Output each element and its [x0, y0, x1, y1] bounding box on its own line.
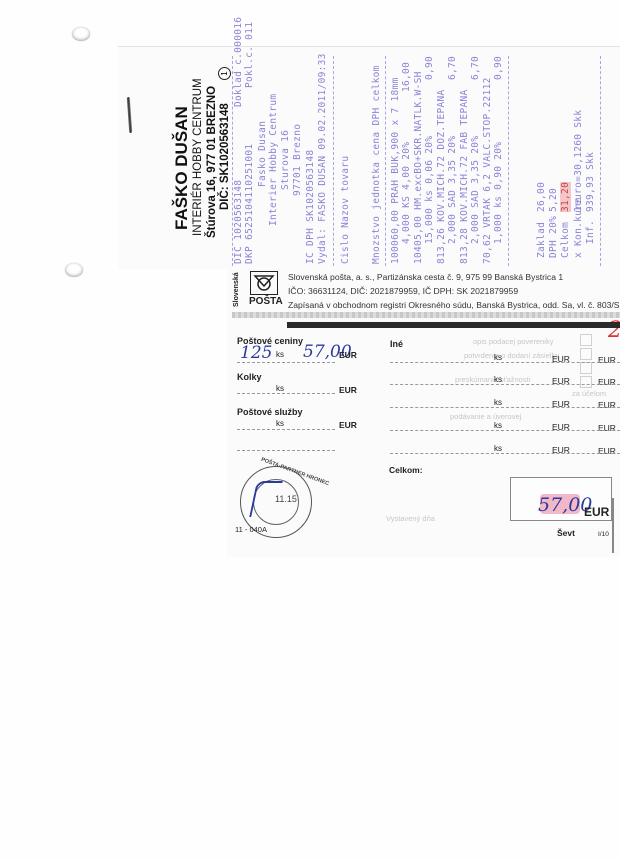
receipt-item-line: 70,62 VRTAK 6,2 VALC.STOP.22112: [482, 77, 493, 264]
entry-line: [237, 429, 335, 430]
receipt-item-line: 10405,00 HM.excBO+SKR.NATLK.W-SH: [413, 71, 424, 264]
company-ids-line: IČO: 36631124, DIČ: 2021879959, IČ DPH: …: [288, 286, 518, 296]
receipt-pokl-line: Pokl.c. 011: [244, 22, 255, 88]
receipt-doklad-line: Doklad c.000016: [233, 17, 244, 107]
punch-hole-top: [72, 27, 90, 41]
receipt-circle-mark: 1: [218, 67, 231, 80]
scanned-page: FAŠKO DUŠAN INTERIÉR HOBBY CENTRUM Štúro…: [0, 0, 620, 860]
ks-label: ks: [494, 398, 502, 407]
eur-label: EUR: [598, 423, 616, 433]
ks-label: ks: [494, 375, 502, 384]
section-ine: Iné: [390, 339, 403, 349]
logo-text: POŠTA: [249, 296, 283, 307]
receipt-dkp-line: DKP 6525104110251001: [244, 144, 255, 264]
entry-line: [237, 393, 335, 394]
entry-line: [237, 362, 335, 363]
receipt-vydal-line: Vydal: FASKO DUSAN 09.02.2011/09:33: [317, 53, 328, 264]
receipt-info-label: Inf.: [585, 220, 596, 244]
form-edge-mark: [612, 498, 614, 553]
receipt-summary-value: 5,20: [548, 188, 559, 212]
logo-vertical-text: Slovenská: [233, 272, 240, 307]
eur-label: EUR: [598, 446, 616, 456]
ks-label: ks: [494, 421, 502, 430]
receipt-item-line: 100060,00 PRAH BUK,900 x 7 18mm: [390, 77, 401, 264]
entry-line: [390, 362, 620, 363]
ghost-text: za účelom: [572, 389, 606, 398]
receipt-item-line: 4,000 KS 4,00 20%: [401, 142, 412, 244]
section-kolky: Kolky: [237, 372, 262, 382]
receipt-divider: [333, 56, 334, 266]
receipt-col-header-2: Mnozstvo jednotka cena DPH celkom: [371, 65, 382, 264]
receipt-item-total: 0,90: [493, 56, 504, 80]
receipt-dic: DIČ: SK1020563148: [219, 103, 231, 210]
receipt-dic-line: DIC 1020563148: [233, 180, 244, 264]
eur-label: EUR: [598, 355, 616, 365]
ghost-text: preskúmanie sťažnosti: [455, 375, 530, 384]
printer-mark: Ševt: [557, 528, 575, 538]
receipt-item-line: 1,000 ks 0,90 20%: [493, 142, 504, 244]
receipt-item-total: 6,70: [447, 56, 458, 80]
form-gray-band: [232, 312, 620, 318]
eur-label: EUR: [339, 420, 357, 430]
receipt-exchange-value: 1euro=30,1260 Skk: [573, 110, 584, 212]
receipt-business-name: INTERIÉR HOBBY CENTRUM: [192, 78, 204, 236]
receipt-item-line: 2,000 SAD 3,35 20%: [447, 136, 458, 244]
eur-label: EUR: [339, 385, 357, 395]
receipt-item-total: 0,90: [424, 56, 435, 80]
receipt-ic-dph: IC DPH SK1020563148: [305, 150, 316, 264]
ghost-checkbox: [580, 376, 592, 388]
form-black-band: [287, 322, 620, 328]
receipt-seller-business: Interier Hobby Centrum: [268, 94, 279, 226]
receipt-divider: [385, 56, 386, 266]
receipt-summary-label: Celkom: [560, 222, 571, 258]
receipt-summary-label: Zaklad: [536, 222, 547, 258]
receipt-col-header-1: Cislo Nazov tovaru: [340, 156, 351, 264]
receipt-item-line: 813,26 KOV.MICH.72 DOZ.TEPANA: [436, 89, 447, 264]
celkom-label: Celkom:: [389, 465, 423, 475]
ghost-text: podávanie a úverovej: [450, 412, 521, 421]
page-mark: I/10: [598, 531, 609, 538]
ks-label: ks: [276, 419, 284, 428]
receipt-seller-street: Sturova 16: [280, 130, 291, 190]
receipt-info-value: 939,93 Skk: [585, 152, 596, 212]
receipt-merchant-name: FAŠKO DUŠAN: [172, 106, 192, 230]
posthorn-icon: [250, 271, 278, 295]
eur-label: EUR: [339, 350, 357, 360]
receipt-item-total: 6,70: [470, 56, 481, 80]
section-postove-sluzby: Poštové služby: [237, 407, 303, 417]
ghost-checkbox: [580, 348, 592, 360]
ghost-text: Vystavený dňa: [386, 514, 435, 523]
receipt-summary-label: DPH 20%: [548, 216, 559, 258]
form-code: 11 - 040A: [235, 525, 267, 534]
receipt-divider: [600, 56, 601, 266]
receipt-address: Štúrova 16, 977 01 BREZNO: [206, 86, 218, 238]
ks-label: ks: [276, 384, 284, 393]
company-register-line: Zapísaná v obchodnom registri Okresného …: [288, 300, 620, 310]
ks-label: ks: [494, 353, 502, 362]
handwritten-qty: 125: [240, 343, 272, 363]
ghost-checkbox: [580, 362, 592, 374]
ghost-text: opis podacej povereniky: [473, 337, 553, 346]
entry-line: [390, 453, 620, 454]
entry-line: [390, 430, 620, 431]
ghost-checkbox: [580, 334, 592, 346]
receipt-seller-name: Fasko Dusan: [257, 121, 268, 187]
total-currency: EUR: [584, 505, 609, 519]
eur-label: EUR: [598, 400, 616, 410]
ks-label: ks: [276, 350, 284, 359]
entry-line: [390, 384, 620, 385]
receipt-divider: [508, 56, 509, 266]
receipt-item-total: 16,00: [401, 62, 412, 92]
eur-label: EUR: [598, 377, 616, 387]
punch-hole-bottom: [65, 263, 83, 277]
receipt-item-line: 2,000 SAD 3,35 20%: [470, 136, 481, 244]
receipt-summary-value: 26,00: [536, 182, 547, 212]
entry-line: [390, 407, 620, 408]
receipt-item-line: 813,28 KOV.MICH.72 FAB TEPANA: [459, 89, 470, 264]
receipt-item-line: 15,000 ks 0,06 20%: [424, 136, 435, 244]
ks-label: ks: [494, 444, 502, 453]
company-address-line: Slovenská pošta, a. s., Partizánska cest…: [288, 272, 563, 282]
ghost-text: potvrdenie o dodaní zásielky: [464, 351, 559, 360]
entry-line: [237, 450, 335, 451]
receipt-total-highlighted: 31,20: [560, 182, 571, 212]
receipt-seller-city: 97701 Brezno: [292, 124, 303, 196]
